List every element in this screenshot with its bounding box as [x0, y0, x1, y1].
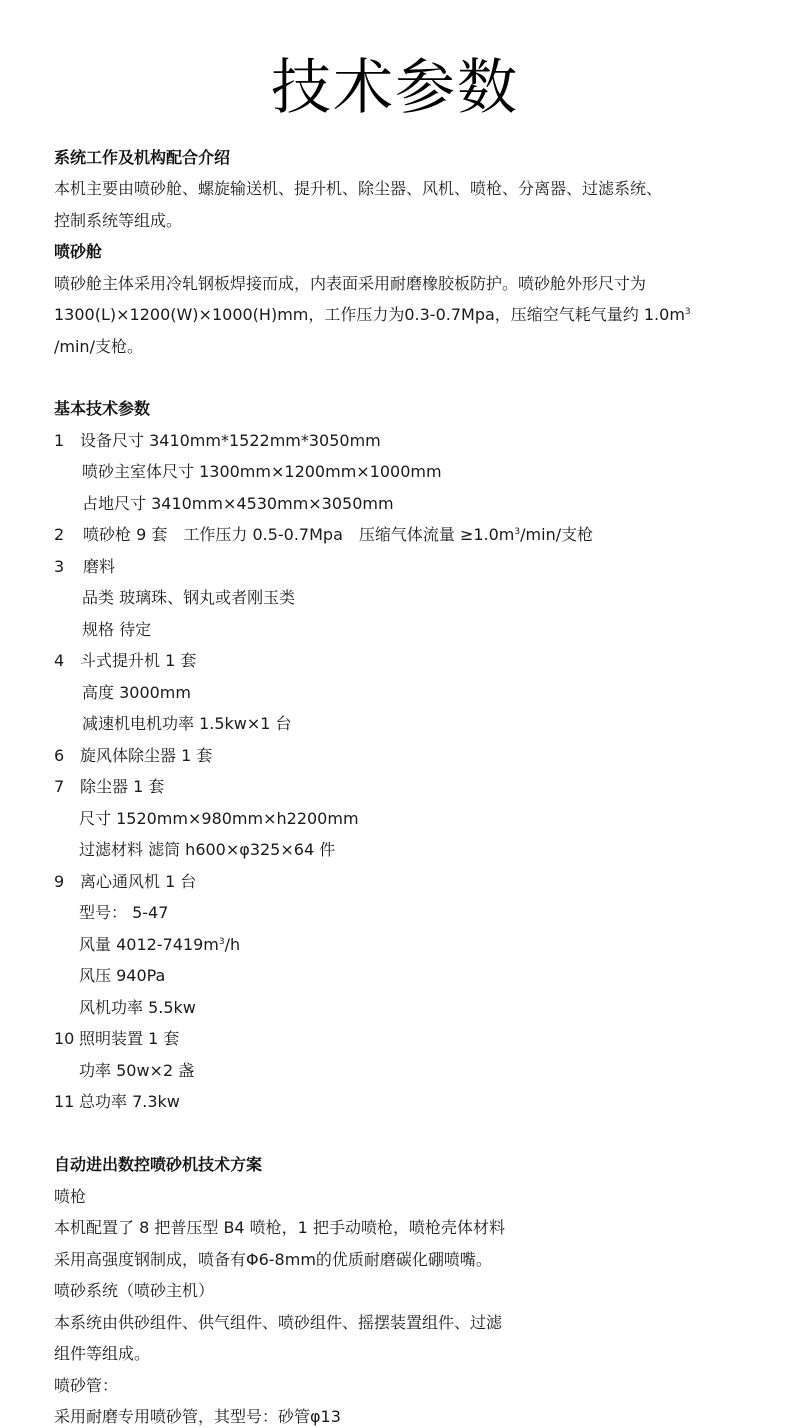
param-number: 3 — [54, 556, 83, 578]
param-text: 总功率 7.3kw — [79, 1092, 180, 1111]
param-item: 9离心通风机 1 台 — [54, 871, 196, 893]
param-item: 2喷砂枪 9 套 工作压力 0.5-0.7Mpa 压缩气体流量 ≥1.0m3/m… — [54, 524, 593, 546]
param-number: 4 — [54, 650, 80, 672]
param-item: 型号： 5-47 — [79, 902, 168, 924]
param-item: 风压 940Pa — [79, 965, 165, 987]
param-text: 斗式提升机 1 套 — [80, 651, 196, 670]
param-item: 尺寸 1520mm×980mm×h2200mm — [79, 808, 359, 830]
plan-line: 组件等组成。 — [54, 1343, 150, 1365]
param-item: 6旋风体除尘器 1 套 — [54, 745, 212, 767]
param-item: 1设备尺寸 3410mm*1522mm*3050mm — [54, 430, 381, 452]
intro-line: 控制系统等组成。 — [54, 210, 182, 232]
param-item: 风量 4012-7419m3/h — [79, 934, 240, 956]
plan-line: 本机配置了 8 把普压型 B4 喷枪，1 把手动喷枪，喷枪壳体材料 — [54, 1217, 505, 1239]
param-number: 1 — [54, 430, 80, 452]
plan-line: 采用耐磨专用喷砂管，其型号：砂管φ13 — [54, 1406, 341, 1428]
param-text: 旋风体除尘器 1 套 — [80, 746, 212, 765]
intro-line: 本机主要由喷砂舱、螺旋输送机、提升机、除尘器、风机、喷枪、分离器、过滤系统、 — [54, 178, 662, 200]
superscript: 3 — [685, 307, 691, 317]
param-item: 占地尺寸 3410mm×4530mm×3050mm — [82, 493, 394, 515]
param-number: 9 — [54, 871, 80, 893]
param-item: 功率 50w×2 盏 — [79, 1060, 194, 1082]
param-text: /min/支枪 — [520, 525, 593, 544]
param-text: 喷砂枪 9 套 工作压力 0.5-0.7Mpa 压缩气体流量 ≥1.0m — [83, 525, 514, 544]
param-item: 规格 待定 — [82, 619, 151, 641]
param-text: 离心通风机 1 台 — [80, 872, 196, 891]
param-number: 6 — [54, 745, 80, 767]
param-text: 风量 4012-7419m — [79, 935, 219, 954]
page-title: 技术参数 — [0, 48, 790, 128]
param-text: 磨料 — [83, 557, 115, 576]
param-number: 10 — [54, 1028, 79, 1050]
param-item: 3磨料 — [54, 556, 115, 578]
param-text: /h — [225, 935, 241, 954]
param-item: 品类 玻璃珠、钢丸或者刚玉类 — [82, 587, 295, 609]
chamber-line: 1300(L)×1200(W)×1000(H)mm，工作压力为0.3-0.7Mp… — [54, 304, 691, 326]
plan-line: 本系统由供砂组件、供气组件、喷砂组件、摇摆装置组件、过滤 — [54, 1312, 502, 1334]
param-item: 风机功率 5.5kw — [79, 997, 196, 1019]
param-item: 过滤材料 滤筒 h600×φ325×64 件 — [79, 839, 335, 861]
param-item: 高度 3000mm — [82, 682, 191, 704]
param-item: 11总功率 7.3kw — [54, 1091, 180, 1113]
param-number: 7 — [54, 776, 80, 798]
plan-line: 采用高强度钢制成，喷备有Φ6-8mm的优质耐磨碳化硼喷嘴。 — [54, 1249, 492, 1271]
plan-line: 喷砂管： — [54, 1375, 118, 1397]
chamber-line: /min/支枪。 — [54, 336, 143, 358]
section-heading-basic-params: 基本技术参数 — [54, 398, 150, 420]
section-heading-chamber: 喷砂舱 — [54, 241, 102, 263]
param-number: 11 — [54, 1091, 79, 1113]
section-heading-intro: 系统工作及机构配合介绍 — [54, 147, 230, 169]
chamber-line-text: 1300(L)×1200(W)×1000(H)mm，工作压力为0.3-0.7Mp… — [54, 305, 685, 324]
plan-line: 喷枪 — [54, 1186, 86, 1208]
param-text: 除尘器 1 套 — [80, 777, 164, 796]
param-item: 减速机电机功率 1.5kw×1 台 — [82, 713, 292, 735]
param-item: 10照明装置 1 套 — [54, 1028, 179, 1050]
param-text: 设备尺寸 3410mm*1522mm*3050mm — [80, 431, 381, 450]
section-heading-auto-plan: 自动进出数控喷砂机技术方案 — [54, 1154, 262, 1176]
param-number: 2 — [54, 524, 83, 546]
chamber-line: 喷砂舱主体采用冷轧钢板焊接而成，内表面采用耐磨橡胶板防护。喷砂舱外形尺寸为 — [54, 273, 646, 295]
param-item: 4斗式提升机 1 套 — [54, 650, 196, 672]
param-item: 喷砂主室体尺寸 1300mm×1200mm×1000mm — [82, 461, 442, 483]
plan-line: 喷砂系统（喷砂主机） — [54, 1280, 214, 1302]
param-text: 照明装置 1 套 — [79, 1029, 179, 1048]
param-item: 7除尘器 1 套 — [54, 776, 164, 798]
